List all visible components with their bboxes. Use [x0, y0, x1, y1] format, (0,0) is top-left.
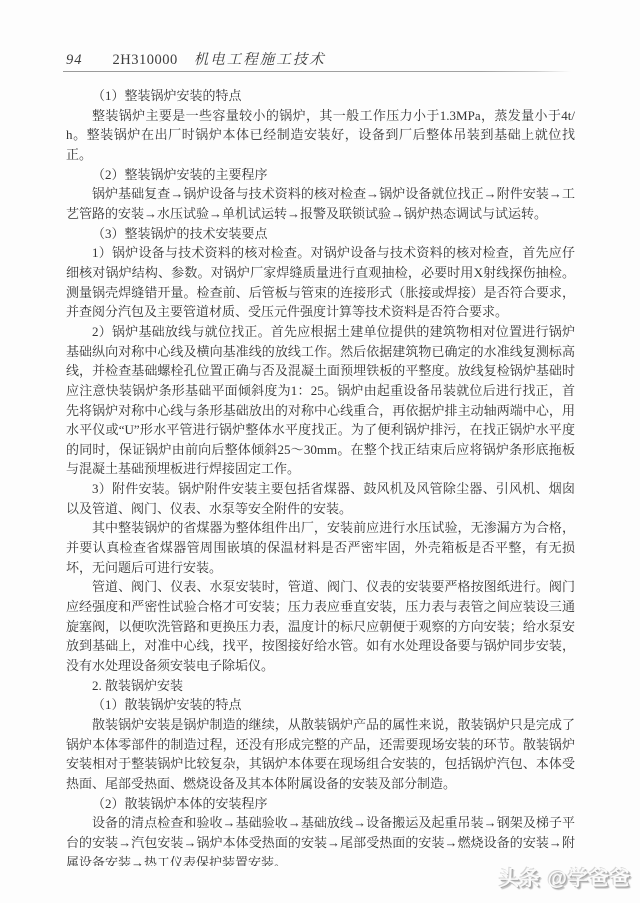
- body-paragraph: 其中整装锅炉的省煤器为整体组件出厂，安装前应进行水压试验，无渗漏方为合格，并要认…: [66, 518, 575, 577]
- watermark: 头条 @学爸爸: [499, 862, 631, 891]
- course-code: 2H310000: [113, 52, 178, 69]
- header-rule: [63, 71, 571, 72]
- body-paragraph: 3）附件安装。锅炉附件安装主要包括省煤器、鼓风机及风管除尘器、引风机、烟囱以及管…: [66, 479, 575, 518]
- section-heading-assembled-boiler-procedure: （2）整装锅炉安装的主要程序: [66, 165, 575, 185]
- running-head: 94 2H310000 机电工程施工技术: [66, 48, 575, 69]
- section-heading-assembled-boiler-key-points: （3）整装锅炉的技术安装要点: [66, 224, 575, 244]
- body-paragraph: 散装锅炉安装是锅炉制造的继续，从散装锅炉产品的属性来说，散装锅炉只是完成了锅炉本…: [66, 715, 575, 794]
- section-heading-bulk-boiler-features: （1）散装锅炉安装的特点: [66, 695, 575, 715]
- body-paragraph: 整装锅炉主要是一些容量较小的锅炉，其一般工作压力小于1.3MPa，蒸发量小于4t…: [66, 106, 575, 165]
- section-heading-bulk-boiler-procedure: （2）散装锅炉本体的安装程序: [66, 794, 575, 814]
- page-body: （1）整装锅炉安装的特点 整装锅炉主要是一些容量较小的锅炉，其一般工作压力小于1…: [66, 86, 575, 866]
- section-heading-assembled-boiler-features: （1）整装锅炉安装的特点: [66, 86, 575, 106]
- document-page: 94 2H310000 机电工程施工技术 （1）整装锅炉安装的特点 整装锅炉主要…: [0, 0, 640, 903]
- body-paragraph: 1）锅炉设备与技术资料的核对检查。对锅炉设备与技术资料的核对检查，首先应仔细核对…: [66, 243, 575, 322]
- body-paragraph: 锅炉基础复查→锅炉设备与技术资料的核对检查→锅炉设备就位找正→附件安装→工艺管路…: [66, 184, 575, 223]
- section-heading-bulk-boiler: 2. 散装锅炉安装: [66, 676, 575, 696]
- body-paragraph: 设备的清点检查和验收→基础验收→基础放线→设备搬运及起重吊装→钢架及梯子平台的安…: [66, 813, 575, 866]
- page-number: 94: [66, 52, 83, 69]
- course-title: 机电工程施工技术: [194, 48, 326, 69]
- body-paragraph: 2）锅炉基础放线与就位找正。首先应根据土建单位提供的建筑物相对位置进行锅炉基础纵…: [66, 322, 575, 479]
- body-paragraph: 管道、阀门、仪表、水泵安装时，管道、阀门、仪表的安装要严格按图纸进行。阀门应经强…: [66, 577, 575, 675]
